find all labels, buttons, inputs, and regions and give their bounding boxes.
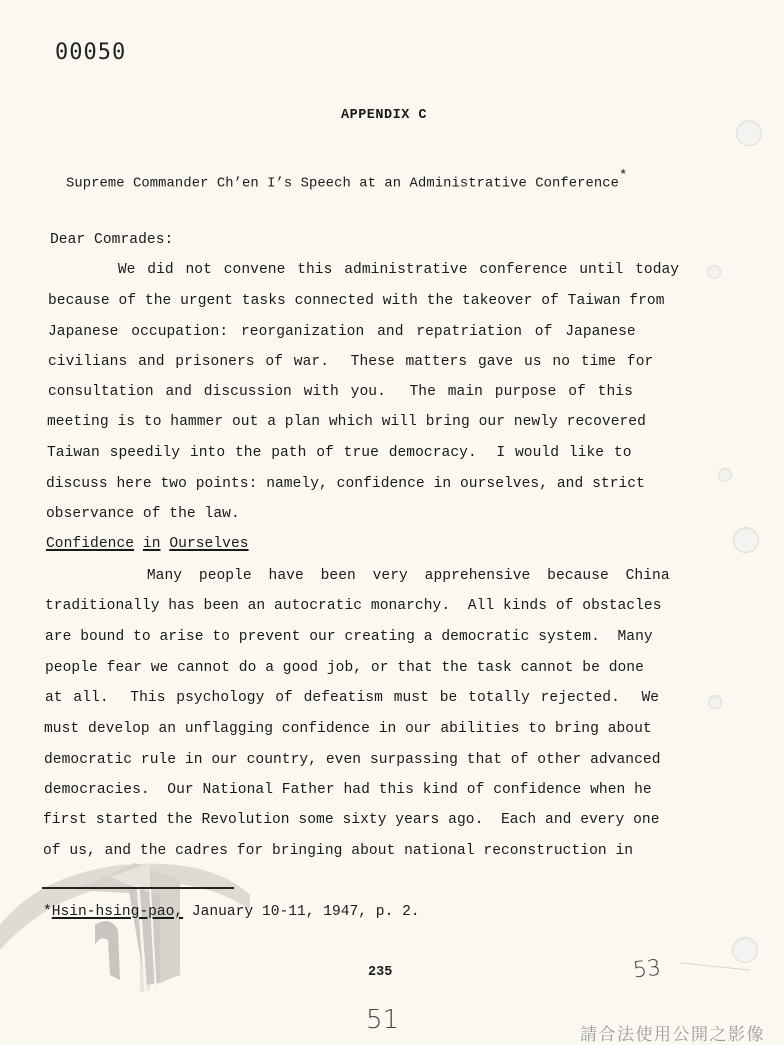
handwritten-number-center: 51: [366, 1005, 399, 1035]
heading-word: Ourselves: [169, 536, 248, 552]
text-line: Many people have been very apprehensive …: [46, 568, 670, 584]
text-line: must develop an unflagging confidence in…: [44, 721, 652, 737]
text-line: observance of the law.: [46, 506, 240, 522]
text-line: Japanese occupation: reorganization and …: [48, 324, 636, 340]
title-footnote-mark: *: [619, 168, 628, 184]
document-id: 00050: [55, 40, 126, 65]
watermark-notice: 請合法使用公開之影像: [580, 1020, 765, 1045]
appendix-label: APPENDIX C: [341, 108, 427, 123]
footnote-rule: [42, 887, 234, 889]
page-number: 235: [368, 965, 392, 980]
text-line: We did not convene this administrative c…: [47, 262, 679, 278]
punch-hole-icon: [708, 695, 722, 709]
footnote-citation: January 10-11, 1947, p. 2.: [183, 904, 419, 920]
footnote-mark: *: [43, 904, 52, 920]
text-line: democracies. Our National Father had thi…: [44, 782, 652, 798]
text-line: democratic rule in our country, even sur…: [44, 752, 661, 768]
title-text: Supreme Commander Ch’en I’s Speech at an…: [66, 177, 619, 192]
document-title: Supreme Commander Ch’en I’s Speech at an…: [66, 170, 628, 192]
text-line: of us, and the cadres for bringing about…: [43, 843, 633, 859]
document-page: 00050 APPENDIX C Supreme Commander Ch’en…: [0, 0, 784, 1045]
text-line: civilians and prisoners of war. These ma…: [48, 354, 653, 370]
text-line: at all. This psychology of defeatism mus…: [45, 690, 659, 706]
text-line: meeting is to hammer out a plan which wi…: [47, 414, 646, 430]
heading-word: Confidence: [46, 536, 134, 552]
text-line: because of the urgent tasks connected wi…: [48, 293, 665, 309]
handwritten-number-right: 53: [632, 956, 662, 984]
text-line: discuss here two points: namely, confide…: [46, 476, 645, 492]
footnote: *Hsin-hsing-pao, January 10-11, 1947, p.…: [43, 904, 420, 920]
pencil-stroke: [680, 962, 750, 970]
punch-hole-icon: [718, 468, 732, 482]
text-line: people fear we cannot do a good job, or …: [45, 660, 644, 676]
text-line: Taiwan speedily into the path of true de…: [47, 445, 632, 461]
section-heading: Confidence in Ourselves: [46, 536, 249, 552]
footnote-source: Hsin-hsing-pao,: [52, 904, 183, 920]
text-line: consultation and discussion with you. Th…: [48, 384, 633, 400]
text-line: are bound to arise to prevent our creati…: [45, 629, 653, 645]
punch-hole-icon: [736, 120, 762, 146]
salutation: Dear Comrades:: [50, 232, 173, 248]
archive-book-logo-icon: [0, 855, 260, 995]
punch-hole-icon: [707, 265, 721, 279]
punch-hole-icon: [733, 527, 759, 553]
text-line: first started the Revolution some sixty …: [43, 812, 660, 828]
text-line: traditionally has been an autocratic mon…: [45, 598, 662, 614]
heading-word: in: [143, 536, 161, 552]
punch-hole-icon: [732, 937, 758, 963]
